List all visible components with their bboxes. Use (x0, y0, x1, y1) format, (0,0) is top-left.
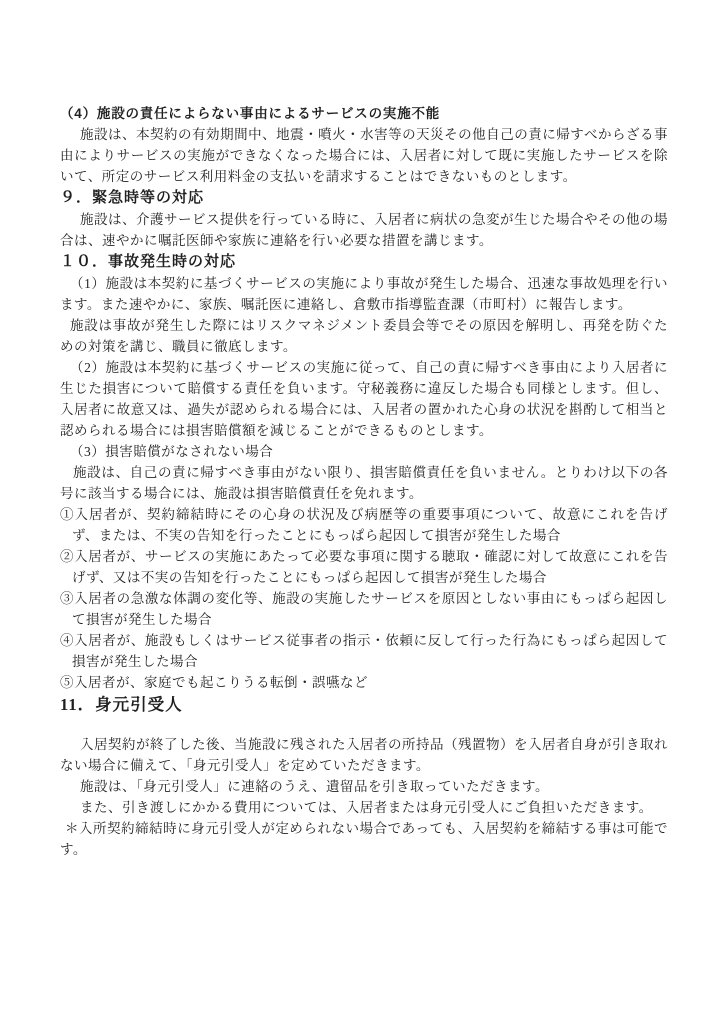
liability-exemption-item-5: ⑤入居者が、家庭でも起こりうる転倒・誤嚥など (60, 672, 668, 693)
section-10-paragraph-3-heading: （3）損害賠償がなされない場合 (60, 441, 668, 462)
section-10-paragraph-1: （1）施設は本契約に基づくサービスの実施により事故が発生した場合、迅速な事故処理… (60, 273, 668, 315)
section-11-paragraph-1: 入居契約が終了した後、当施設に残された入居者の所持品（残置物）を入居者自身が引き… (60, 734, 668, 776)
section-10-heading: １０．事故発生時の対応 (60, 251, 668, 273)
section-10-paragraph-2: （2）施設は本契約に基づくサービスの実施に従って、自己の責に帰すべき事由により入… (60, 357, 668, 441)
section-9-body: 施設は、介護サービス提供を行っている時に、入居者に病状の急変が生じた場合やその他… (60, 209, 668, 251)
section-11-paragraph-2: 施設は、「身元引受人」に連絡のうえ、遺留品を引き取っていただきます。 (60, 776, 668, 797)
liability-exemption-item-2: ②入居者が、サービスの実施にあたって必要な事項に関する聴取・確認に対して故意にこ… (60, 546, 668, 588)
section-11-note: ＊入所契約締結時に身元引受人が定められない場合であっても、入居契約を締結する事は… (60, 818, 668, 860)
section-11-heading: 11．身元引受人 (60, 693, 668, 717)
liability-exemption-item-4: ④入居者が、施設もしくはサービス従事者の指示・依頼に反して行った行為にもっぱら起… (60, 630, 668, 672)
section-10-paragraph-1b: 施設は事故が発生した際にはリスクマネジメント委員会等でその原因を解明し、再発を防… (60, 315, 668, 357)
section-10-paragraph-3-body: 施設は、自己の責に帰すべき事由がない限り、損害賠償責任を負いません。とりわけ以下… (60, 462, 668, 504)
liability-exemption-list: ①入居者が、契約締結時にその心身の状況及び病歴等の重要事項について、故意にこれを… (60, 504, 668, 693)
section-11-paragraph-3: また、引き渡しにかかる費用については、入居者または身元引受人にご負担いただきます… (60, 797, 668, 818)
contract-document-page: （4）施設の責任によらない事由によるサービスの実施不能 施設は、本契約の有効期間… (0, 0, 726, 1024)
section-8-item-4-body: 施設は、本契約の有効期間中、地震・噴火・水害等の天災その他自己の責に帰すべからざ… (60, 124, 668, 187)
document-text-area: （4）施設の責任によらない事由によるサービスの実施不能 施設は、本契約の有効期間… (0, 0, 726, 1024)
section-8-item-4-heading: （4）施設の責任によらない事由によるサービスの実施不能 (60, 103, 668, 124)
liability-exemption-item-3: ③入居者の急激な体調の変化等、施設の実施したサービスを原因としない事由にもっぱら… (60, 588, 668, 630)
section-11-body: 入居契約が終了した後、当施設に残された入居者の所持品（残置物）を入居者自身が引き… (60, 734, 668, 860)
liability-exemption-item-1: ①入居者が、契約締結時にその心身の状況及び病歴等の重要事項について、故意にこれを… (60, 504, 668, 546)
section-9-heading: ９．緊急時等の対応 (60, 187, 668, 209)
